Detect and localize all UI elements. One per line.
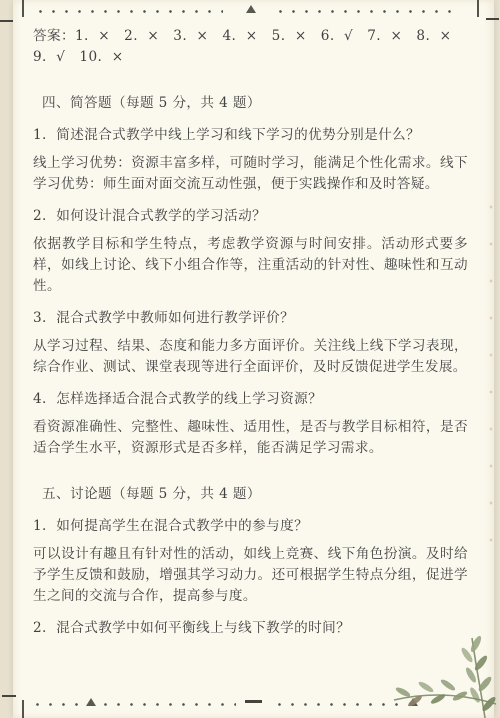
stitch-dots-bottom-3 xyxy=(278,703,406,706)
stitch-dots-top-2 xyxy=(279,10,459,13)
corner-dash-bottom-left xyxy=(2,695,16,697)
stitch-dots-bottom-1 xyxy=(36,703,86,706)
section-5-heading: 五、讨论题（每题 5 分，共 4 题） xyxy=(33,484,468,505)
answer-5-1: 可以设计有趣且有针对性的活动，如线上竞赛、线下角色扮演。及时给予学生反馈和鼓励，… xyxy=(33,544,468,607)
corner-tick-top-left xyxy=(22,0,24,17)
answer-4-2: 依据教学目标和学生特点，考虑教学资源与时间安排。活动形式要多样，如线上讨论、线下… xyxy=(33,234,468,297)
triangle-marker-top xyxy=(246,5,256,13)
question-4-3: 3. 混合式教学中教师如何进行教学评价？ xyxy=(33,308,468,329)
corner-dash-top-left xyxy=(0,20,13,22)
triangle-marker-bottom-1 xyxy=(86,698,96,706)
question-4-4: 4. 怎样选择适合混合式教学的线上学习资源？ xyxy=(33,389,468,410)
answer-4-3: 从学习过程、结果、态度和能力多方面评价。关注线上线下学习表现，综合作业、测试、课… xyxy=(33,336,468,378)
answer-key-line-1: 答案：1. × 2. × 3. × 4. × 5. × 6. √ 7. × 8.… xyxy=(33,26,468,47)
document-body: 答案：1. × 2. × 3. × 4. × 5. × 6. √ 7. × 8.… xyxy=(13,0,494,718)
photographed-exam-page: 答案：1. × 2. × 3. × 4. × 5. × 6. √ 7. × 8.… xyxy=(0,0,500,718)
corner-tick-bottom-left xyxy=(22,700,24,718)
stitch-dots-top-1 xyxy=(39,10,223,13)
answer-4-4: 看资源准确性、完整性、趣味性、适用性，是否与教学目标相符，是否适合学生水平，资源… xyxy=(33,417,468,459)
question-4-2: 2. 如何设计混合式教学的学习活动？ xyxy=(33,206,468,227)
corner-dash-top-right xyxy=(486,18,499,20)
question-4-1: 1. 简述混合式教学中线上学习和线下学习的优势分别是什么？ xyxy=(33,125,468,146)
answer-4-1: 线上学习优势：资源丰富多样，可随时学习，能满足个性化需求。线下学习优势：师生面对… xyxy=(33,153,468,195)
section-4-heading: 四、简答题（每题 5 分，共 4 题） xyxy=(33,93,468,114)
stitch-dots-bottom-2 xyxy=(104,703,236,706)
question-5-1: 1. 如何提高学生在混合式教学中的参与度？ xyxy=(33,516,468,537)
answer-key-line-2: 9. √ 10. × xyxy=(33,47,468,68)
olive-branch-decoration xyxy=(388,630,500,718)
dash-bottom-middle xyxy=(245,700,262,703)
corner-tick-top-right xyxy=(477,0,479,17)
